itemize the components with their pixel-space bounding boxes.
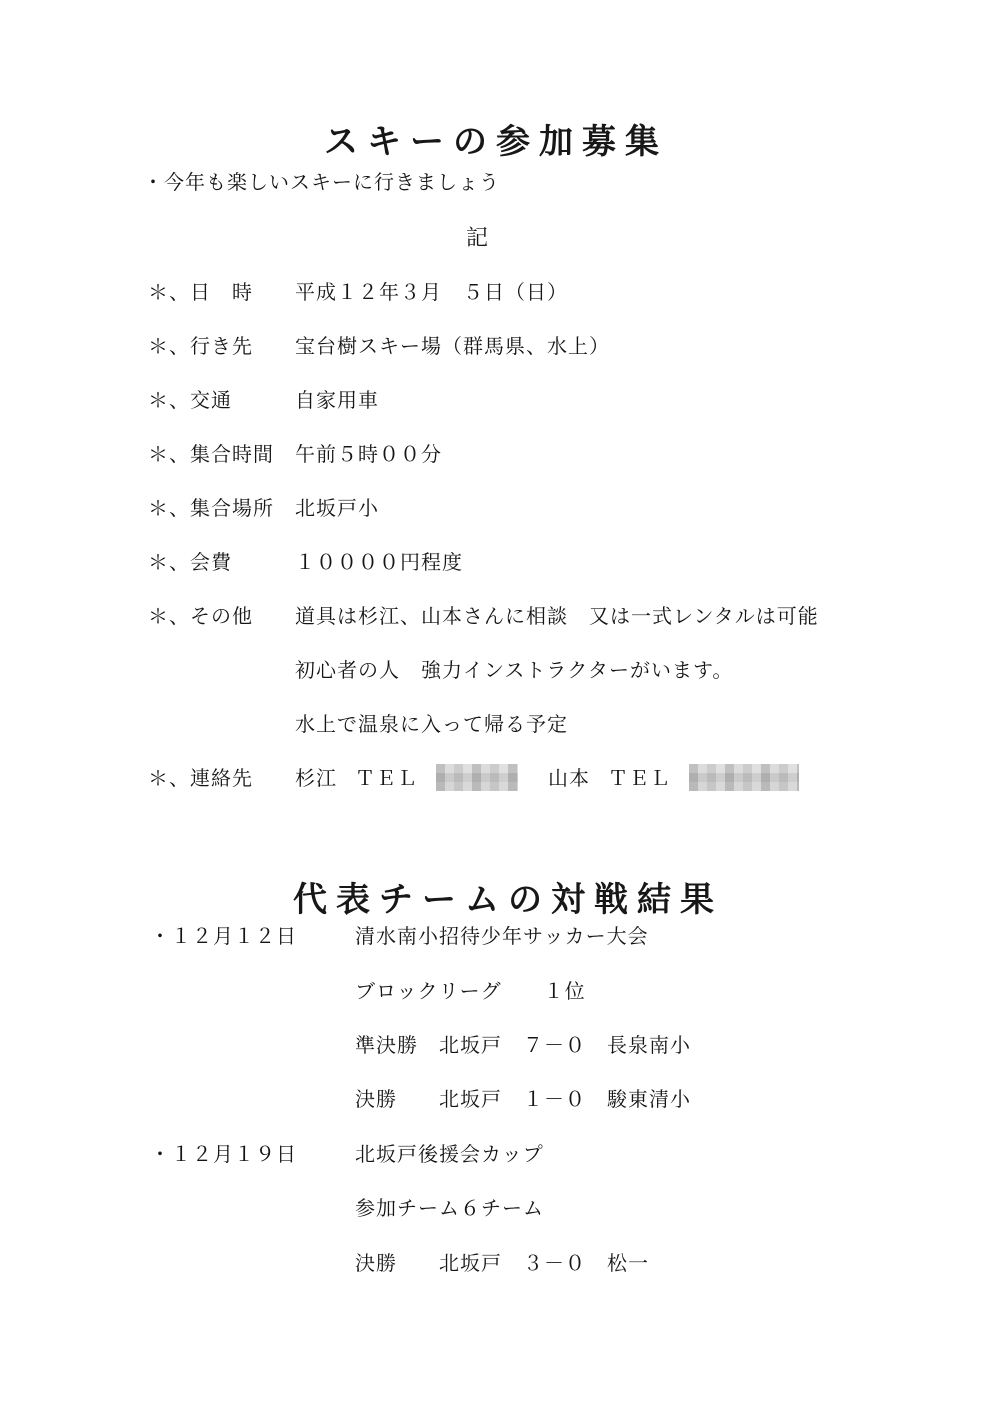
result-line: 決勝 北坂戸 ３－０ 松一 (355, 1247, 649, 1276)
item-value: 午前５時００分 (295, 438, 442, 467)
redacted-phone-1 (436, 764, 518, 791)
ki-heading-mark: 記 (466, 221, 488, 252)
item-label-text: 行き先 (190, 336, 253, 358)
item-label-text: 集合場所 (190, 498, 274, 520)
item-label: ＊、交通 (148, 384, 295, 413)
item-label: ＊、日 時 (148, 276, 295, 305)
ski-item-row-fee: ＊、会費 １００００円程度 (148, 546, 463, 575)
item-label-text: 集合時間 (190, 444, 274, 466)
item-bullet: ＊、 (148, 606, 190, 628)
tel-label-1: ＴＥＬ (355, 768, 418, 790)
result-tournament: 清水南小招待少年サッカー大会 (355, 920, 649, 949)
item-bullet: ＊、 (148, 444, 190, 466)
item-bullet: ＊、 (148, 498, 190, 520)
item-value: 宝台樹スキー場（群馬県、水上） (295, 330, 610, 359)
contact-value: 杉江ＴＥＬ山本ＴＥＬ (295, 762, 799, 791)
contact-name-1: 杉江 (295, 768, 337, 790)
result-date: ・１２月１９日 (150, 1138, 355, 1167)
ski-item-row-datetime: ＊、日 時 平成１２年３月 ５日（日） (148, 276, 568, 305)
ski-item-row-destination: ＊、行き先 宝台樹スキー場（群馬県、水上） (148, 330, 610, 359)
item-bullet: ＊、 (148, 282, 190, 304)
item-label: ＊、連絡先 (148, 762, 295, 791)
item-value: 自家用車 (295, 384, 379, 413)
result-entry-row: ・１２月１９日 北坂戸後援会カップ (150, 1138, 544, 1167)
ski-item-row-other: ＊、その他 道具は杉江、山本さんに相談 又は一式レンタルは可能 (148, 600, 819, 629)
item-label: ＊、集合場所 (148, 492, 295, 521)
scanned-document-page: スキーの参加募集 ・今年も楽しいスキーに行きましょう 記 ＊、日 時 平成１２年… (0, 0, 1000, 1407)
item-bullet: ＊、 (148, 768, 190, 790)
result-line: 決勝 北坂戸 １－０ 駿東清小 (355, 1083, 691, 1112)
item-bullet: ＊、 (148, 552, 190, 574)
result-line: ブロックリーグ １位 (355, 975, 586, 1004)
item-value: 道具は杉江、山本さんに相談 又は一式レンタルは可能 (295, 600, 819, 629)
tel-label-2: ＴＥＬ (608, 768, 671, 790)
item-value: 平成１２年３月 ５日（日） (295, 276, 568, 305)
ski-other-extra-line-1: 初心者の人 強力インストラクターがいます。 (295, 654, 733, 683)
result-date: ・１２月１２日 (150, 920, 355, 949)
result-entry-row: ・１２月１２日 清水南小招待少年サッカー大会 (150, 920, 649, 949)
result-line: 準決勝 北坂戸 ７－０ 長泉南小 (355, 1029, 691, 1058)
redacted-phone-2 (689, 764, 799, 791)
item-label: ＊、その他 (148, 600, 295, 629)
item-label-text: 会費 (190, 552, 232, 574)
item-label-text: 連絡先 (190, 768, 253, 790)
result-tournament: 北坂戸後援会カップ (355, 1138, 544, 1167)
ski-intro-line: ・今年も楽しいスキーに行きましょう (143, 166, 500, 195)
item-label: ＊、行き先 (148, 330, 295, 359)
item-label-text: 交通 (190, 390, 232, 412)
item-label-text: その他 (190, 606, 253, 628)
ski-item-row-transport: ＊、交通 自家用車 (148, 384, 379, 413)
contact-name-2: 山本 (548, 768, 590, 790)
ski-section-title: スキーの参加募集 (324, 126, 668, 160)
ski-other-extra-line-2: 水上で温泉に入って帰る予定 (295, 708, 568, 737)
item-value: １００００円程度 (295, 546, 463, 575)
item-bullet: ＊、 (148, 336, 190, 358)
ski-item-row-meeting-place: ＊、集合場所 北坂戸小 (148, 492, 379, 521)
ski-item-row-contact: ＊、連絡先 杉江ＴＥＬ山本ＴＥＬ (148, 762, 799, 791)
result-line: 参加チーム６チーム (355, 1192, 544, 1221)
item-value: 北坂戸小 (295, 492, 379, 521)
ski-item-row-meeting-time: ＊、集合時間 午前５時００分 (148, 438, 442, 467)
item-label: ＊、会費 (148, 546, 295, 575)
item-bullet: ＊、 (148, 390, 190, 412)
results-section-title: 代表チームの対戦結果 (293, 884, 723, 918)
item-label-text: 日 時 (190, 282, 253, 304)
item-label: ＊、集合時間 (148, 438, 295, 467)
